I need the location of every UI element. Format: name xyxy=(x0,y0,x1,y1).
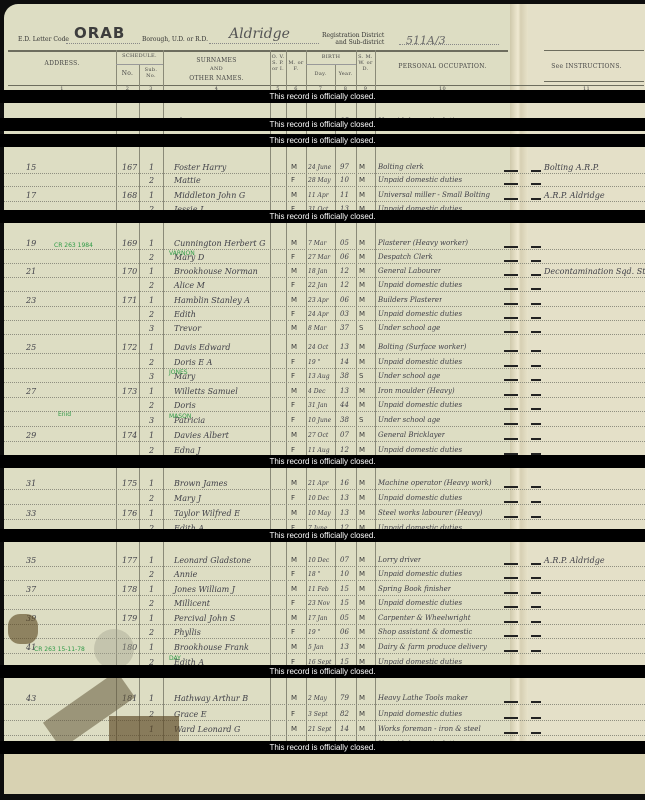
birth-year-cell: 05 xyxy=(340,613,349,624)
dash-mark xyxy=(531,274,541,276)
name-cell: Phyllis xyxy=(174,627,201,638)
marital-status-cell: M xyxy=(359,724,365,735)
birth-day-cell: 10 Dec xyxy=(308,555,329,566)
row-rule xyxy=(4,624,645,625)
occupation-cell: Shop assistant & domestic xyxy=(378,627,472,638)
dash-mark xyxy=(531,516,541,518)
schedule-sub-cell: 1 xyxy=(149,342,154,353)
row-rule xyxy=(4,277,645,278)
row-rule xyxy=(4,306,645,307)
row-rule xyxy=(4,382,645,383)
address-cell: 15 xyxy=(26,162,36,173)
row-rule xyxy=(4,249,645,250)
row-rule xyxy=(4,201,645,202)
dash-mark xyxy=(504,350,518,352)
dash-mark xyxy=(504,606,518,608)
occupation-cell: Unpaid domestic duties xyxy=(378,493,462,504)
marital-status-cell: M xyxy=(359,400,365,411)
birth-day-cell: 10 May xyxy=(308,508,331,519)
schedule-sub-cell: 2 xyxy=(149,175,154,186)
row-rule xyxy=(4,320,645,321)
row-rule xyxy=(4,173,645,174)
occupation-cell: Under school age xyxy=(378,415,440,426)
dash-mark xyxy=(531,592,541,594)
name-cell: Jones William J xyxy=(174,584,235,595)
occupation-cell: Dairy & farm produce delivery xyxy=(378,642,487,653)
dash-mark xyxy=(504,486,518,488)
birth-year-cell: 13 xyxy=(340,493,349,504)
address-cell: 19 xyxy=(26,238,36,249)
sex-cell: F xyxy=(291,309,295,320)
schedule-sub-cell: 2 xyxy=(149,357,154,368)
sex-cell: F xyxy=(291,400,295,411)
occupation-cell: Under school age xyxy=(378,323,440,334)
birth-day-cell: 18 Jan xyxy=(308,266,327,277)
birth-year-cell: 11 xyxy=(340,190,349,201)
col-birth-day: Day. xyxy=(306,71,335,77)
sex-cell: M xyxy=(291,478,297,489)
schedule-no-cell: 168 xyxy=(122,190,137,201)
dash-mark xyxy=(504,288,518,290)
schedule-sub-cell: 2 xyxy=(149,569,154,580)
birth-day-cell: 2 May xyxy=(308,693,327,704)
birth-day-cell: 24 Apr xyxy=(308,309,329,320)
name-annotation: VARNON xyxy=(169,248,195,259)
sex-cell: M xyxy=(291,584,297,595)
row-rule xyxy=(4,595,645,596)
dash-mark xyxy=(531,606,541,608)
dash-mark xyxy=(504,732,518,734)
birth-year-cell: 44 xyxy=(340,400,349,411)
borough-value: Aldridge xyxy=(229,26,290,42)
sex-cell: M xyxy=(291,238,297,249)
occupation-cell: Under school age xyxy=(378,371,440,382)
sex-cell: M xyxy=(291,266,297,277)
birth-year-cell: 13 xyxy=(340,342,349,353)
schedule-no-cell: 170 xyxy=(122,266,137,277)
sex-cell: M xyxy=(291,724,297,735)
col-schedule-sub: Sub. No. xyxy=(139,67,163,79)
name-cell: Ward Leonard G xyxy=(174,724,240,735)
occupation-cell: Plasterer (Heavy worker) xyxy=(378,238,468,249)
occupation-cell: Universal miller - Small Bolting xyxy=(378,190,490,201)
name-cell: Foster Harry xyxy=(174,162,226,173)
marital-status-cell: M xyxy=(359,190,365,201)
birth-year-cell: 14 xyxy=(340,724,349,735)
marital-status-cell: M xyxy=(359,175,365,186)
schedule-sub-cell: 1 xyxy=(149,555,154,566)
dash-mark xyxy=(531,246,541,248)
birth-day-cell: 21 Sept xyxy=(308,724,331,735)
dash-mark xyxy=(504,379,518,381)
schedule-sub-cell: 1 xyxy=(149,238,154,249)
birth-day-cell: 8 Mar xyxy=(308,323,326,334)
sex-cell: M xyxy=(291,642,297,653)
closed-record-banner: This record is officially closed. xyxy=(0,134,645,147)
birth-year-cell: 05 xyxy=(340,238,349,249)
schedule-sub-cell: 3 xyxy=(149,371,154,382)
occupation-cell: Unpaid domestic duties xyxy=(378,569,462,580)
sex-cell: F xyxy=(291,252,295,263)
sex-cell: F xyxy=(291,598,295,609)
address-cell: 25 xyxy=(26,342,36,353)
occupation-cell: Unpaid domestic duties xyxy=(378,357,462,368)
schedule-no-cell: 171 xyxy=(122,295,137,306)
col-occupation: PERSONAL OCCUPATION. xyxy=(375,63,510,70)
instructions-cell: A.R.P. Aldridge xyxy=(544,190,605,201)
schedule-no-cell: 173 xyxy=(122,386,137,397)
birth-year-cell: 38 xyxy=(340,371,349,382)
dash-mark xyxy=(531,423,541,425)
birth-day-cell: 11 Apr xyxy=(308,190,329,201)
ed-letter-code-label: E.D. Letter Code xyxy=(18,36,69,43)
dash-mark xyxy=(504,303,518,305)
instructions-cell: Decontamination Sqd. Staffs xyxy=(544,266,645,277)
sex-cell: F xyxy=(291,627,295,638)
address-cell: 17 xyxy=(26,190,36,201)
dash-mark xyxy=(531,350,541,352)
row-rule xyxy=(4,353,645,354)
sex-cell: F xyxy=(291,357,295,368)
birth-day-cell: 10 June xyxy=(308,415,331,426)
schedule-no-cell: 179 xyxy=(122,613,137,624)
schedule-sub-cell: 1 xyxy=(149,508,154,519)
occupation-cell: Unpaid domestic duties xyxy=(378,280,462,291)
dash-mark xyxy=(531,501,541,503)
birth-day-cell: 21 Apr xyxy=(308,478,329,489)
col-instructions: See INSTRUCTIONS. xyxy=(528,63,645,70)
marital-status-cell: M xyxy=(359,493,365,504)
birth-year-cell: 10 xyxy=(340,569,349,580)
torn-edge xyxy=(4,778,645,794)
sex-cell: M xyxy=(291,342,297,353)
birth-year-cell: 10 xyxy=(340,175,349,186)
dash-mark xyxy=(504,331,518,333)
closed-record-banner: This record is officially closed. xyxy=(0,741,645,754)
name-annotation: DAY xyxy=(169,653,181,664)
dash-mark xyxy=(504,501,518,503)
sex-cell: F xyxy=(291,569,295,580)
instructions-cell: A.R.P. Aldridge xyxy=(544,555,605,566)
paper-stain xyxy=(94,629,134,669)
schedule-sub-cell: 1 xyxy=(149,190,154,201)
occupation-cell: Machine operator (Heavy work) xyxy=(378,478,492,489)
sex-cell: M xyxy=(291,613,297,624)
occupation-cell: Iron moulder (Heavy) xyxy=(378,386,455,397)
name-cell: Millicent xyxy=(174,598,210,609)
row-rule xyxy=(4,426,645,427)
birth-year-cell: 82 xyxy=(340,709,349,720)
birth-year-cell: 13 xyxy=(340,642,349,653)
closed-record-banner: This record is officially closed. xyxy=(0,118,645,131)
sex-cell: F xyxy=(291,175,295,186)
dash-mark xyxy=(504,198,518,200)
birth-day-cell: 10 Dec xyxy=(308,493,329,504)
row-rule xyxy=(4,566,645,567)
marital-status-cell: M xyxy=(359,584,365,595)
marital-status-cell: M xyxy=(359,508,365,519)
birth-day-cell: 28 May xyxy=(308,175,331,186)
birth-year-cell: 03 xyxy=(340,309,349,320)
row-rule xyxy=(4,291,645,292)
row-rule xyxy=(4,489,645,490)
schedule-sub-cell: 1 xyxy=(149,266,154,277)
birth-year-cell: 06 xyxy=(340,252,349,263)
schedule-no-cell: 167 xyxy=(122,162,137,173)
margin-annotation: CR 263 15-11-78 xyxy=(34,644,85,655)
name-cell: Edith xyxy=(174,309,196,320)
marital-status-cell: M xyxy=(359,266,365,277)
dash-mark xyxy=(504,394,518,396)
birth-day-cell: 23 Nov xyxy=(308,598,330,609)
col-sex: M. or F. xyxy=(287,60,305,72)
sex-cell: M xyxy=(291,190,297,201)
birth-day-cell: 17 Jan xyxy=(308,613,327,624)
birth-year-cell: 13 xyxy=(340,508,349,519)
address-cell: 29 xyxy=(26,430,36,441)
birth-day-cell: 27 Oct xyxy=(308,430,328,441)
row-rule xyxy=(4,186,645,187)
dash-mark xyxy=(504,516,518,518)
schedule-sub-cell: 2 xyxy=(149,598,154,609)
marital-status-cell: M xyxy=(359,642,365,653)
dash-mark xyxy=(504,577,518,579)
col-marital: S. M. W. or D. xyxy=(356,54,375,72)
dash-mark xyxy=(504,260,518,262)
occupation-cell: Unpaid domestic duties xyxy=(378,598,462,609)
schedule-no-cell: 177 xyxy=(122,555,137,566)
name-annotation: MASON xyxy=(169,411,191,422)
name-cell: Brookhouse Frank xyxy=(174,642,249,653)
address-cell: 43 xyxy=(26,693,36,704)
row-rule xyxy=(4,368,645,369)
sex-cell: F xyxy=(291,280,295,291)
name-cell: Taylor Wilfred E xyxy=(174,508,240,519)
birth-year-cell: 12 xyxy=(340,280,349,291)
occupation-cell: General Labourer xyxy=(378,266,441,277)
dash-mark xyxy=(504,701,518,703)
marital-status-cell: M xyxy=(359,555,365,566)
name-cell: Davis Edward xyxy=(174,342,230,353)
marital-status-cell: M xyxy=(359,478,365,489)
marital-status-cell: M xyxy=(359,309,365,320)
sex-cell: F xyxy=(291,493,295,504)
dash-mark xyxy=(531,170,541,172)
closed-record-banner: This record is officially closed. xyxy=(0,665,645,678)
dash-mark xyxy=(531,198,541,200)
birth-year-cell: 16 xyxy=(340,478,349,489)
name-cell: Percival John S xyxy=(174,613,235,624)
paper-stain xyxy=(8,614,38,644)
marital-status-cell: M xyxy=(359,598,365,609)
marital-status-cell: S xyxy=(359,323,363,334)
birth-day-cell: 24 Oct xyxy=(308,342,328,353)
schedule-no-cell: 169 xyxy=(122,238,137,249)
occupation-cell: General Bricklayer xyxy=(378,430,445,441)
name-cell: Annie xyxy=(174,569,197,580)
schedule-sub-cell: 2 xyxy=(149,252,154,263)
birth-day-cell: 24 June xyxy=(308,162,331,173)
dash-mark xyxy=(531,379,541,381)
dash-mark xyxy=(504,423,518,425)
marital-status-cell: M xyxy=(359,693,365,704)
dash-mark xyxy=(504,438,518,440)
occupation-cell: Carpenter & Wheelwright xyxy=(378,613,471,624)
marital-status-cell: S xyxy=(359,415,363,426)
occupation-cell: Unpaid domestic duties xyxy=(378,709,462,720)
occupation-cell: Spring Book finisher xyxy=(378,584,451,595)
name-cell: Brookhouse Norman xyxy=(174,266,258,277)
dash-mark xyxy=(531,394,541,396)
dash-mark xyxy=(504,246,518,248)
row-rule xyxy=(4,580,645,581)
dash-mark xyxy=(504,170,518,172)
occupation-cell: Steel works labourer (Heavy) xyxy=(378,508,482,519)
row-rule xyxy=(4,504,645,505)
address-cell: 21 xyxy=(26,266,36,277)
instructions-cell: Bolting A.R.P. xyxy=(544,162,599,173)
address-cell: 33 xyxy=(26,508,36,519)
name-cell: Doris xyxy=(174,400,196,411)
ed-letter-code: ORAB xyxy=(74,24,125,42)
dash-mark xyxy=(531,260,541,262)
birth-year-cell: 06 xyxy=(340,295,349,306)
closed-record-banner: This record is officially closed. xyxy=(0,529,645,542)
schedule-sub-cell: 2 xyxy=(149,280,154,291)
dash-mark xyxy=(531,621,541,623)
occupation-cell: Heavy Lathe Tools maker xyxy=(378,693,468,704)
schedule-sub-cell: 1 xyxy=(149,642,154,653)
marital-status-cell: M xyxy=(359,252,365,263)
birth-day-cell: 19 " xyxy=(308,357,320,368)
address-cell: 37 xyxy=(26,584,36,595)
name-cell: Mattie xyxy=(174,175,201,186)
marital-status-cell: M xyxy=(359,295,365,306)
schedule-sub-cell: 1 xyxy=(149,295,154,306)
marital-status-cell: M xyxy=(359,569,365,580)
sex-cell: F xyxy=(291,709,295,720)
name-cell: Leonard Gladstone xyxy=(174,555,251,566)
occupation-cell: Unpaid domestic duties xyxy=(378,400,462,411)
sex-cell: F xyxy=(291,415,295,426)
schedule-no-cell: 178 xyxy=(122,584,137,595)
marital-status-cell: M xyxy=(359,709,365,720)
dash-mark xyxy=(531,408,541,410)
schedule-sub-cell: 3 xyxy=(149,415,154,426)
closed-record-banner: This record is officially closed. xyxy=(0,90,645,103)
schedule-sub-cell: 1 xyxy=(149,584,154,595)
birth-day-cell: 27 Mar xyxy=(308,252,330,263)
dash-mark xyxy=(504,621,518,623)
sex-cell: F xyxy=(291,371,295,382)
col-surnames: SURNAMES AND OTHER NAMES. xyxy=(163,56,270,83)
occupation-cell: Bolting (Surface worker) xyxy=(378,342,466,353)
margin-annotation: CR 263 1984 xyxy=(54,240,93,251)
birth-year-cell: 13 xyxy=(340,386,349,397)
address-cell: 31 xyxy=(26,478,36,489)
address-cell: 35 xyxy=(26,555,36,566)
sex-cell: M xyxy=(291,693,297,704)
marital-status-cell: M xyxy=(359,386,365,397)
dash-mark xyxy=(531,717,541,719)
row-rule xyxy=(4,519,645,520)
address-cell: 27 xyxy=(26,386,36,397)
col-birth: BIRTH xyxy=(306,54,356,60)
reg-district-label: Registration District and Sub-district xyxy=(322,32,384,46)
name-cell: Middleton John G xyxy=(174,190,245,201)
name-cell: Brown James xyxy=(174,478,227,489)
name-cell: Willetts Samuel xyxy=(174,386,238,397)
col-address: ADDRESS. xyxy=(8,60,116,67)
row-rule xyxy=(4,411,645,412)
dash-mark xyxy=(531,701,541,703)
row-rule xyxy=(4,263,645,264)
birth-year-cell: 14 xyxy=(340,357,349,368)
name-cell: Hamblin Stanley A xyxy=(174,295,250,306)
marital-status-cell: M xyxy=(359,430,365,441)
sex-cell: M xyxy=(291,508,297,519)
dash-mark xyxy=(531,438,541,440)
dash-mark xyxy=(504,183,518,185)
birth-year-cell: 37 xyxy=(340,323,349,334)
marital-status-cell: M xyxy=(359,280,365,291)
occupation-cell: Lorry driver xyxy=(378,555,421,566)
closed-record-banner: This record is officially closed. xyxy=(0,455,645,468)
dash-mark xyxy=(531,317,541,319)
schedule-sub-cell: 3 xyxy=(149,323,154,334)
schedule-sub-cell: 1 xyxy=(149,430,154,441)
dash-mark xyxy=(504,563,518,565)
birth-day-cell: 13 Aug xyxy=(308,371,330,382)
address-cell: 23 xyxy=(26,295,36,306)
birth-year-cell: 07 xyxy=(340,430,349,441)
dash-mark xyxy=(531,732,541,734)
dash-mark xyxy=(504,592,518,594)
dash-mark xyxy=(531,183,541,185)
birth-day-cell: 31 Jan xyxy=(308,400,327,411)
name-cell: Hathway Arthur B xyxy=(174,693,248,704)
dash-mark xyxy=(531,635,541,637)
dash-mark xyxy=(504,408,518,410)
birth-year-cell: 38 xyxy=(340,415,349,426)
birth-day-cell: 18 " xyxy=(308,569,320,580)
birth-day-cell: 7 Mar xyxy=(308,238,326,249)
sex-cell: M xyxy=(291,162,297,173)
occupation-cell: Unpaid domestic duties xyxy=(378,309,462,320)
schedule-sub-cell: 1 xyxy=(149,613,154,624)
col-schedule: SCHEDULE. xyxy=(116,53,163,59)
birth-year-cell: 97 xyxy=(340,162,349,173)
row-rule xyxy=(4,609,645,610)
birth-year-cell: 06 xyxy=(340,627,349,638)
reg-district-value: 511A/3 xyxy=(406,34,446,47)
schedule-no-cell: 175 xyxy=(122,478,137,489)
sex-cell: M xyxy=(291,295,297,306)
birth-day-cell: 19 " xyxy=(308,627,320,638)
schedule-no-cell: 174 xyxy=(122,430,137,441)
col-birth-year: Year. xyxy=(335,71,356,77)
schedule-sub-cell: 1 xyxy=(149,386,154,397)
name-cell: Davies Albert xyxy=(174,430,229,441)
margin-annotation: Enid xyxy=(58,409,71,420)
name-cell: Trevor xyxy=(174,323,201,334)
dash-mark xyxy=(531,563,541,565)
dash-mark xyxy=(504,717,518,719)
name-cell: Mary J xyxy=(174,493,201,504)
sex-cell: M xyxy=(291,430,297,441)
occupation-cell: Works foreman - iron & steel xyxy=(378,724,481,735)
schedule-sub-cell: 1 xyxy=(149,162,154,173)
